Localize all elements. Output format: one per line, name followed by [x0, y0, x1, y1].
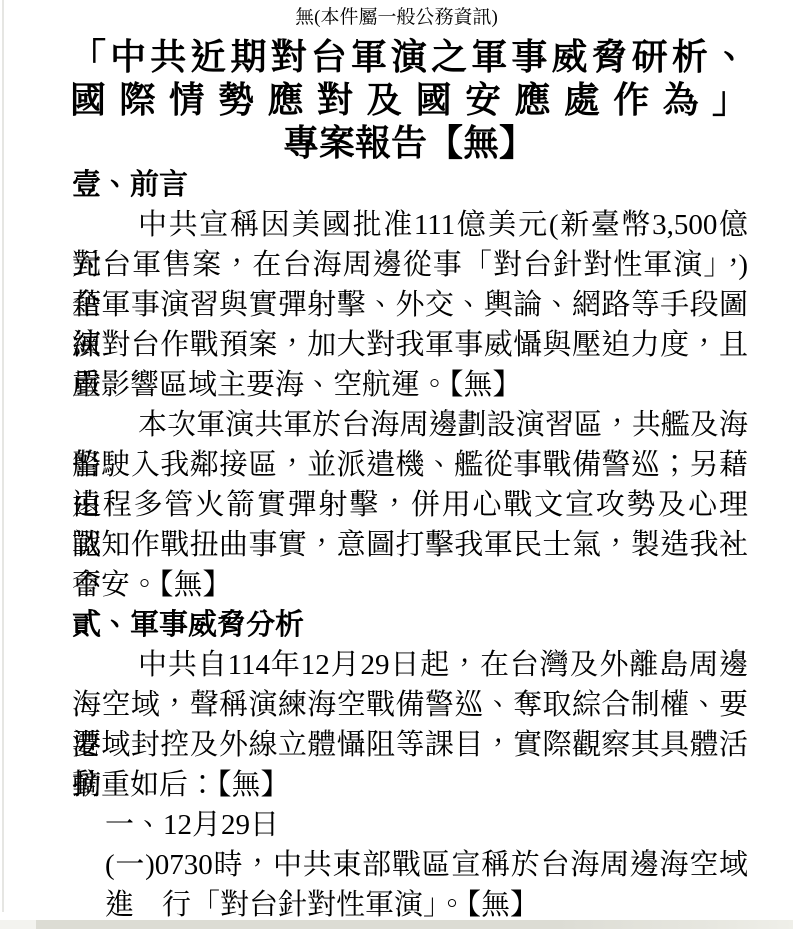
- paragraph-line: 摘重如后：【無】: [72, 765, 748, 805]
- paragraph-line: 中共宣稱因美國批准111億美元(新臺幣3,500億元): [72, 205, 748, 245]
- paragraph-line: 練對台作戰預案，加大對我軍事威懾與壓迫力度，且嚴: [72, 325, 748, 365]
- paragraph-line: 重影響區域主要海、空航運。【無】: [72, 365, 748, 405]
- paragraph-line: 認知作戰扭曲事實，意圖打擊我軍民士氣，製造我社會: [72, 525, 748, 565]
- list-item-level2-line: (一)0730時，中共東部戰區宣稱於台海周邊海空域進: [72, 845, 748, 885]
- document-page: 無(本件屬一般公務資訊) 「中共近期對台軍演之軍事威脅研析、 國際情勢應對及國安…: [0, 0, 793, 929]
- report-title-line: 「中共近期對台軍演之軍事威脅研析、: [70, 36, 748, 79]
- paragraph-line: 船駛入我鄰接區，並派遣機、艦從事戰備警巡；另藉由: [72, 445, 748, 485]
- section-heading: 貳、軍事威脅分析: [72, 605, 748, 645]
- paragraph-line: 對台軍售案，在台海周邊從事「對台針對性軍演」，企圖: [72, 245, 748, 285]
- report-title-line: 專案報告【無】: [70, 122, 748, 165]
- report-title: 「中共近期對台軍演之軍事威脅研析、 國際情勢應對及國安應處作為」 專案報告【無】: [0, 36, 793, 165]
- page-bottom-edge: [0, 920, 793, 929]
- document-content: 壹、前言中共宣稱因美國批准111億美元(新臺幣3,500億元)對台軍售案，在台海…: [0, 165, 793, 925]
- page-bottom-edge-left-cap: [0, 920, 36, 929]
- report-title-line: 國際情勢應對及國安應處作為」: [70, 79, 748, 122]
- paragraph-line: 藉軍事演習與實彈射擊、外交、輿論、網路等手段，演: [72, 285, 748, 325]
- paragraph-line: 本次軍演共軍於台海周邊劃設演習區，共艦及海警: [72, 405, 748, 445]
- paragraph-line: 要域封控及外線立體懾阻等課目，實際觀察其具體活動: [72, 725, 748, 765]
- paragraph-line: 、空域，聲稱演練海空戰備警巡、奪取綜合制權、要港: [72, 685, 748, 725]
- paragraph-line: 遠程多管火箭實彈射擊，併用心戰文宣攻勢及心理戰、: [72, 485, 748, 525]
- page-left-border: [2, 0, 4, 912]
- list-item-level1: 一、12月29日: [72, 805, 748, 845]
- section-heading: 壹、前言: [72, 165, 748, 205]
- classification-notice: 無(本件屬一般公務資訊): [0, 5, 793, 31]
- list-item-level2-line: 行「對台針對性軍演」。【無】: [72, 885, 748, 925]
- paragraph-line: 不安。【無】: [72, 565, 748, 605]
- paragraph-line: 中共自114年12月29日起，在台灣及外離島周邊海: [72, 645, 748, 685]
